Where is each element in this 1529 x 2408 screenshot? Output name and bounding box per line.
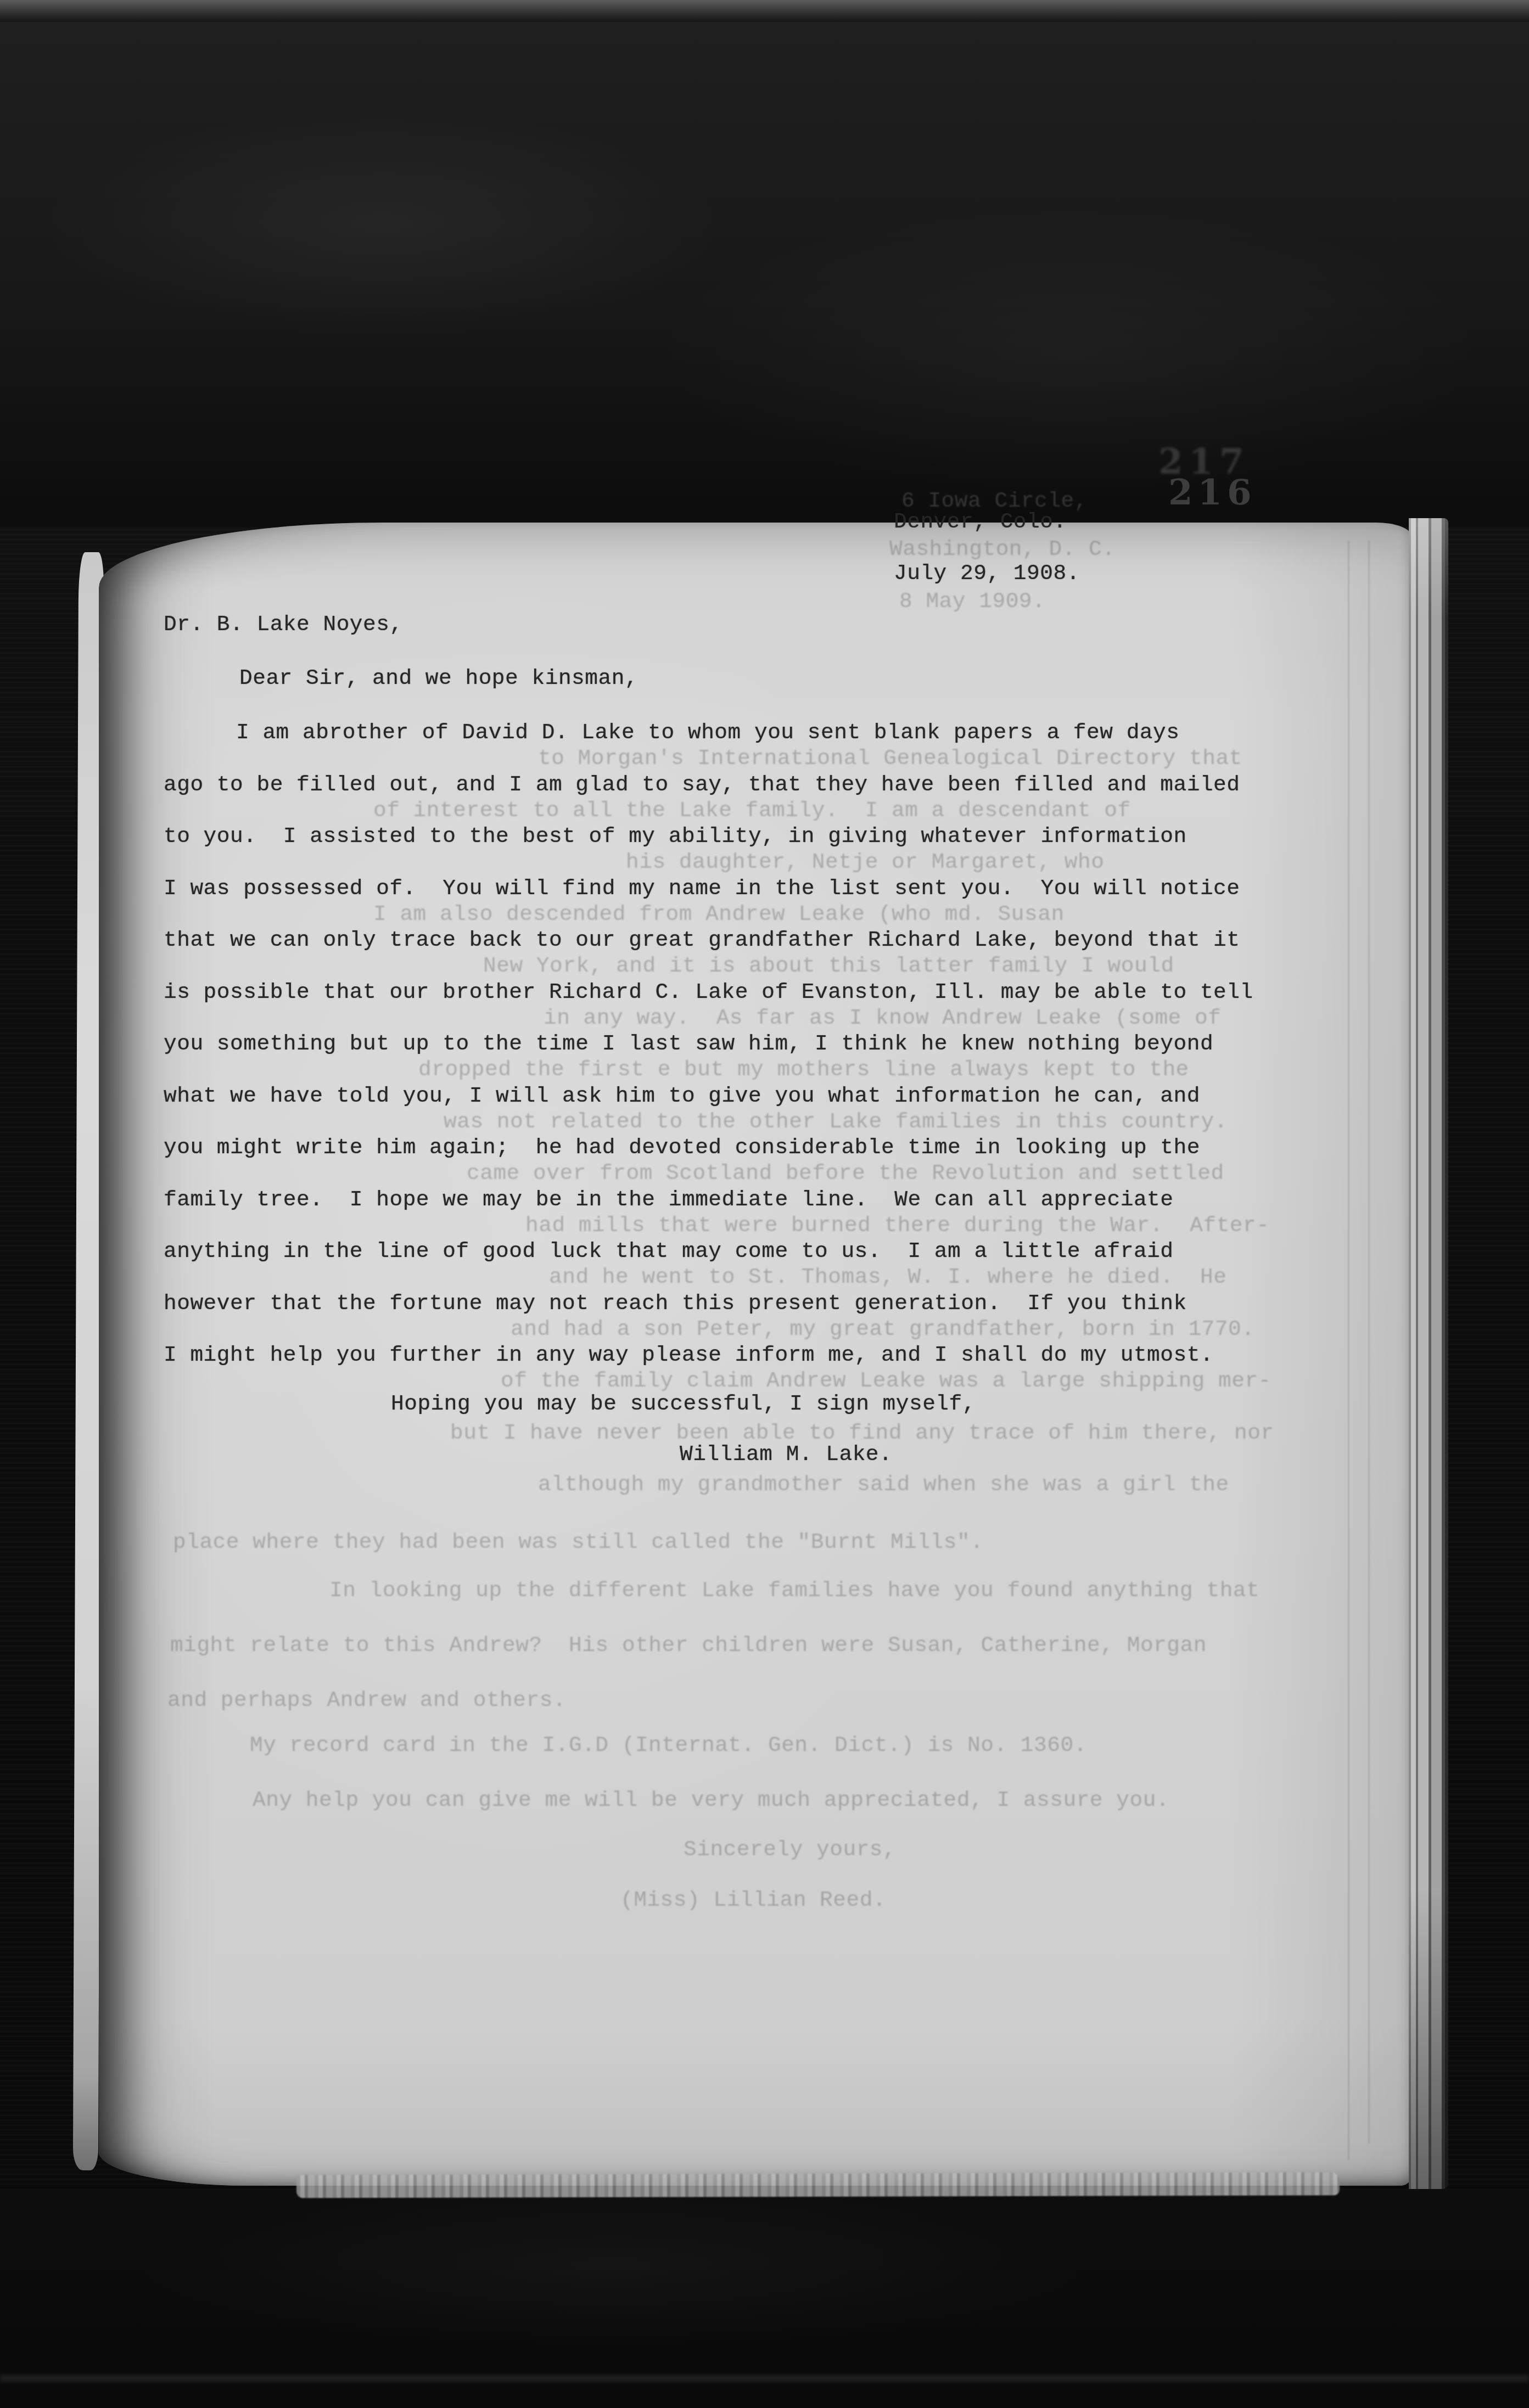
page-number-stamp: 216 [1168,475,1257,510]
bleedthrough-line: to Morgan's International Genealogical D… [538,748,1242,770]
heading-date-line: July 29, 1908. [894,563,1080,585]
film-strip-bottom-line [0,2375,1529,2382]
bleedthrough-line: I am also descended from Andrew Leake (w… [373,903,1065,925]
bleedthrough-line: and perhaps Andrew and others. [167,1689,566,1711]
bleedthrough-line: might relate to this Andrew? His other c… [170,1635,1207,1657]
bleedthrough-line: Sincerely yours, [684,1839,896,1861]
page-crease-line [1368,541,1370,2143]
bleedthrough-line: was not related to the other Lake famili… [444,1111,1228,1133]
book-bottom-page-edges [296,2173,1340,2198]
bleedthrough-line: came over from Scotland before the Revol… [467,1163,1224,1185]
bleedthrough-line: in any way. As far as I know Andrew Leak… [544,1007,1221,1029]
page-crease-line [1348,541,1349,2160]
bleedthrough-line: (Miss) Lillian Reed. [620,1889,886,1911]
bleedthrough-address-line: 6 Iowa Circle, [901,490,1088,512]
bleedthrough-line: but I have never been able to find any t… [450,1422,1274,1444]
bleedthrough-line: New York, and it is about this latter fa… [483,955,1174,977]
signature-line: William M. Lake. [680,1444,892,1466]
salutation-line: Dear Sir, and we hope kinsman, [239,667,638,689]
bleedthrough-line: and had a son Peter, my great grandfathe… [511,1318,1254,1340]
bleedthrough-line: of interest to all the Lake family. I am… [373,800,1131,822]
bleedthrough-line: although my grandmother said when she wa… [538,1474,1229,1496]
bleedthrough-line: place where they had been was still call… [173,1531,983,1553]
film-strip-top-edge [0,0,1529,22]
heading-place-line: Denver, Colo. [894,511,1067,533]
bleedthrough-line: My record card in the I.G.D (Internat. G… [250,1735,1087,1756]
bleedthrough-line: In looking up the different Lake familie… [329,1580,1259,1602]
bleedthrough-line: dropped the first e but my mothers line … [418,1059,1189,1081]
bleedthrough-place-line: Washington, D. C. [889,538,1115,560]
bleedthrough-line: Any help you can give me will be very mu… [253,1789,1169,1811]
bleedthrough-date-line: 8 May 1909. [899,591,1045,613]
addressee-line: Dr. B. Lake Noyes, [164,614,403,636]
bleedthrough-line: his daughter, Netje or Margaret, who [626,851,1104,873]
bleedthrough-line: had mills that were burned there during … [525,1215,1269,1237]
book-fore-edge-pages [1409,518,1448,2189]
closing-line: Hoping you may be successful, I sign mys… [391,1393,976,1415]
bleedthrough-line: of the family claim Andrew Leake was a l… [501,1370,1272,1392]
scanned-letter-photo: 217 216 6 Iowa Circle, Denver, Colo. Was… [0,0,1529,2408]
bleedthrough-line: and he went to St. Thomas, W. I. where h… [549,1266,1226,1288]
black-border-top [0,22,1529,527]
